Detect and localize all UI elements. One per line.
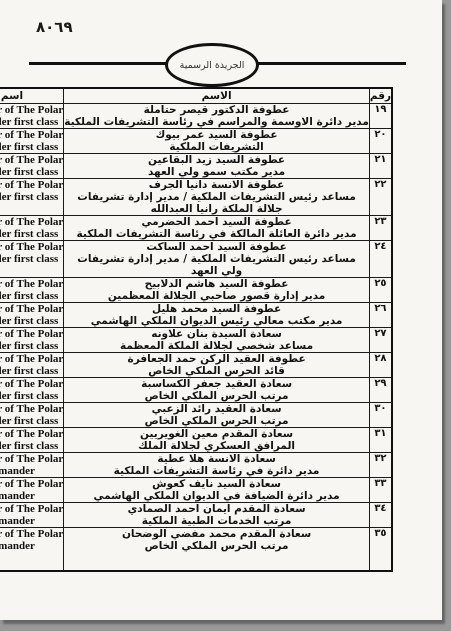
gazette-title-oval: الجريدة الرسمية bbox=[165, 43, 259, 87]
gazette-page: ٨٠٦٩ الجريدة الرسمية رقم الاسم اسم الوسا… bbox=[0, 0, 442, 620]
row-number: ٢٦ bbox=[369, 303, 392, 328]
medal-line: Star- Commander first class bbox=[0, 228, 63, 240]
name-line: سعادة العقيد جعفر الكساسبة bbox=[64, 378, 369, 390]
name-line: سعادة المقدم محمد مفضي الوضحان bbox=[64, 528, 369, 540]
medal-line: The Royal Ordar of The Polar bbox=[0, 528, 63, 540]
row-number: ٣٣ bbox=[369, 478, 392, 503]
name-line: مرتب الحرس الملكي الخاص bbox=[64, 415, 369, 427]
row-number: ٢٠ bbox=[369, 129, 392, 154]
row-name: عطوفة السيد احمد الساكتمساعد رئيس التشري… bbox=[64, 241, 370, 278]
name-line: عطوفة الانسة دانيا الجرف bbox=[64, 179, 369, 191]
name-line: سعادة السيد نايف كعوش bbox=[64, 478, 369, 490]
table-row: ٢٠ عطوفة السيد عمر بيوكالتشريفات الملكية… bbox=[0, 129, 392, 154]
name-line: عطوفة السيد عمر بيوك bbox=[64, 129, 369, 141]
name-line: مساعد شخصي لجلالة الملكة المعظمة bbox=[64, 340, 369, 352]
name-line: عطوفة السيد محمد هليل bbox=[64, 303, 369, 315]
name-line: مرتب الحرس الملكي الخاص bbox=[64, 390, 369, 402]
table-row: ٢١ عطوفة السيد زيد البقاعينمدير مكتب سمو… bbox=[0, 154, 392, 179]
row-medal: The Royal Ordar of The PolarStar- Comman… bbox=[0, 303, 64, 328]
row-number: ٢٥ bbox=[369, 278, 392, 303]
row-number: ٢٩ bbox=[369, 378, 392, 403]
row-name: سعادة الانسة هلا عطيةمدير دائرة في رئاسة… bbox=[64, 453, 370, 478]
medal-line: The Royal Ordar of The Polar bbox=[0, 403, 63, 415]
medal-line: Star- Commander first class bbox=[0, 166, 63, 178]
row-medal: The Royal Ordar of The PolarStar- Comman… bbox=[0, 129, 64, 154]
table-row: ٢٦ عطوفة السيد محمد هليلمدير مكتب معالي … bbox=[0, 303, 392, 328]
row-name: عطوفة السيد احمد الحضرميمدير دائرة العائ… bbox=[64, 216, 370, 241]
row-name: سعادة السيدة بنان علاونهمساعد شخصي لجلال… bbox=[64, 328, 370, 353]
name-line: عطوفة الدكتور قيصر حتاملة bbox=[64, 104, 369, 116]
row-number: ٢١ bbox=[369, 154, 392, 179]
table-row: ٢٨ عطوفة العقيد الركن حمد الجعافرةقائد ا… bbox=[0, 353, 392, 378]
row-number: ٢٧ bbox=[369, 328, 392, 353]
table-row: ٢٢ عطوفة الانسة دانيا الجرفمساعد رئيس ال… bbox=[0, 179, 392, 216]
row-number: ٣٢ bbox=[369, 453, 392, 478]
table-header: رقم الاسم اسم الوسام bbox=[0, 88, 392, 104]
name-line: مدير دائرة الاوسمة والمراسم في رئاسة الت… bbox=[64, 116, 369, 128]
row-number: ٣٥ bbox=[369, 528, 392, 572]
medal-line: The Royal Ordar of The Polar bbox=[0, 478, 63, 490]
table-row: ٣٢ سعادة الانسة هلا عطيةمدير دائرة في رئ… bbox=[0, 453, 392, 478]
name-line: عطوفة السيد احمد الساكت bbox=[64, 241, 369, 253]
name-line: سعادة الانسة هلا عطية bbox=[64, 453, 369, 465]
row-number: ٢٣ bbox=[369, 216, 392, 241]
name-line: مساعد رئيس التشريفات الملكية / مدير إدار… bbox=[64, 253, 369, 265]
medal-line: Star- Commander first class bbox=[0, 365, 63, 377]
medal-line: Star- Commander bbox=[0, 490, 63, 502]
header-number: رقم bbox=[369, 88, 392, 104]
medal-line: Star- Commander first class bbox=[0, 191, 63, 203]
medal-line: Star- Commander first class bbox=[0, 415, 63, 427]
row-medal: The Royal Ordar of The PolarStar- Comman… bbox=[0, 378, 64, 403]
name-line: عطوفة العقيد الركن حمد الجعافرة bbox=[64, 353, 369, 365]
row-number: ١٩ bbox=[369, 104, 392, 129]
row-number: ٣١ bbox=[369, 428, 392, 453]
medal-line: Star- Commander first class bbox=[0, 315, 63, 327]
name-line: سعادة المقدم معين الغويريين bbox=[64, 428, 369, 440]
row-name: عطوفة السيد عمر بيوكالتشريفات الملكية bbox=[64, 129, 370, 154]
row-name: عطوفة الدكتور قيصر حتاملةمدير دائرة الاو… bbox=[64, 104, 370, 129]
row-medal: The Royal Ordar of The PolarStar- Comman… bbox=[0, 528, 64, 572]
row-name: سعادة المقدم معين الغويريينالمرافق العسك… bbox=[64, 428, 370, 453]
medal-line: The Royal Ordar of The Polar bbox=[0, 154, 63, 166]
medal-line: Star- Commander bbox=[0, 515, 63, 527]
row-medal: The Royal Ordar of The PolarStar- Comman… bbox=[0, 353, 64, 378]
name-line: مدير مكتب معالي رئيس الديوان الملكي الها… bbox=[64, 315, 369, 327]
name-line: سعادة العقيد رائد الزعبي bbox=[64, 403, 369, 415]
medal-line: Star- Commander first class bbox=[0, 390, 63, 402]
row-number: ٢٤ bbox=[369, 241, 392, 278]
table-row: ٣١ سعادة المقدم معين الغويريينالمرافق ال… bbox=[0, 428, 392, 453]
medal-line: The Royal Ordar of The Polar bbox=[0, 104, 63, 116]
row-name: سعادة العقيد جعفر الكساسبةمرتب الحرس الم… bbox=[64, 378, 370, 403]
row-name: سعادة العقيد رائد الزعبيمرتب الحرس الملك… bbox=[64, 403, 370, 428]
row-medal: The Royal Ordar of The PolarStar- Comman… bbox=[0, 241, 64, 278]
medal-line: Star- Commander first class bbox=[0, 253, 63, 265]
row-medal: The Royal Ordar of The PolarStar- Comman… bbox=[0, 278, 64, 303]
row-medal: The Royal Ordar of The PolarStar- Comman… bbox=[0, 104, 64, 129]
row-number: ٢٨ bbox=[369, 353, 392, 378]
medal-line: The Royal Ordar of The Polar bbox=[0, 129, 63, 141]
row-medal: The Royal Ordar of The PolarStar- Comman… bbox=[0, 503, 64, 528]
row-number: ٣٤ bbox=[369, 503, 392, 528]
name-line: عطوفة السيد هاشم الدلابيح bbox=[64, 278, 369, 290]
table-row: ٣٠ سعادة العقيد رائد الزعبيمرتب الحرس ال… bbox=[0, 403, 392, 428]
name-line: قائد الحرس الملكي الخاص bbox=[64, 365, 369, 377]
row-name: عطوفة السيد زيد البقاعينمدير مكتب سمو ول… bbox=[64, 154, 370, 179]
name-line: سعادة المقدم ايمان احمد الصمادي bbox=[64, 503, 369, 515]
row-name: عطوفة السيد هاشم الدلابيحمدير إدارة قصور… bbox=[64, 278, 370, 303]
medal-line: Star- Commander first class bbox=[0, 340, 63, 352]
row-medal: The Royal Ordar of The PolarStar- Comman… bbox=[0, 328, 64, 353]
name-line: مدير إدارة قصور صاحبي الجلالة المعظمين bbox=[64, 290, 369, 302]
row-medal: The Royal Ordar of The PolarStar- Comman… bbox=[0, 478, 64, 503]
medal-line: Star- Commander first class bbox=[0, 290, 63, 302]
row-medal: The Royal Ordar of The PolarStar- Comman… bbox=[0, 428, 64, 453]
table-row: ٢٤ عطوفة السيد احمد الساكتمساعد رئيس الت… bbox=[0, 241, 392, 278]
row-medal: The Royal Ordar of The PolarStar- Comman… bbox=[0, 216, 64, 241]
row-name: عطوفة الانسة دانيا الجرفمساعد رئيس التشر… bbox=[64, 179, 370, 216]
medal-line: Star- Commander first class bbox=[0, 141, 63, 153]
medal-line: The Royal Ordar of The Polar bbox=[0, 328, 63, 340]
name-line: التشريفات الملكية bbox=[64, 141, 369, 153]
table-row: ٢٣ عطوفة السيد احمد الحضرميمدير دائرة ال… bbox=[0, 216, 392, 241]
table-row: ٢٧ سعادة السيدة بنان علاونهمساعد شخصي لج… bbox=[0, 328, 392, 353]
name-line: عطوفة السيد احمد الحضرمي bbox=[64, 216, 369, 228]
name-line: المرافق العسكري لجلالة الملك bbox=[64, 440, 369, 452]
name-line: مرتب الخدمات الطبية الملكية bbox=[64, 515, 369, 527]
medal-line: Star- Commander bbox=[0, 465, 63, 477]
medal-line: The Royal Ordar of The Polar bbox=[0, 216, 63, 228]
name-line: عطوفة السيد زيد البقاعين bbox=[64, 154, 369, 166]
row-name: سعادة المقدم محمد مفضي الوضحانمرتب الحرس… bbox=[64, 528, 370, 572]
medal-line: The Royal Ordar of The Polar bbox=[0, 453, 63, 465]
medal-line: The Royal Ordar of The Polar bbox=[0, 378, 63, 390]
medal-line: Star- Commander first class bbox=[0, 116, 63, 128]
table-row: ٢٥ عطوفة السيد هاشم الدلابيحمدير إدارة ق… bbox=[0, 278, 392, 303]
medal-line: The Royal Ordar of The Polar bbox=[0, 503, 63, 515]
row-medal: The Royal Ordar of The PolarStar- Comman… bbox=[0, 453, 64, 478]
row-number: ٣٠ bbox=[369, 403, 392, 428]
name-line: ولي العهد bbox=[64, 265, 369, 277]
table-header-row: رقم الاسم اسم الوسام bbox=[0, 88, 392, 104]
medal-line: The Royal Ordar of The Polar bbox=[0, 278, 63, 290]
row-medal: The Royal Ordar of The PolarStar- Comman… bbox=[0, 403, 64, 428]
table-row: ٣٤ سعادة المقدم ايمان احمد الصماديمرتب ا… bbox=[0, 503, 392, 528]
gazette-title: الجريدة الرسمية bbox=[180, 60, 245, 71]
table-row: ٣٥ سعادة المقدم محمد مفضي الوضحانمرتب ال… bbox=[0, 528, 392, 572]
row-medal: The Royal Ordar of The PolarStar- Comman… bbox=[0, 154, 64, 179]
name-line: مدير دائرة العائلة المالكة في رئاسة التش… bbox=[64, 228, 369, 240]
name-line: مدير دائرة في رئاسة التشريفات الملكية bbox=[64, 465, 369, 477]
row-name: عطوفة السيد محمد هليلمدير مكتب معالي رئي… bbox=[64, 303, 370, 328]
table-row: ٢٩ سعادة العقيد جعفر الكساسبةمرتب الحرس … bbox=[0, 378, 392, 403]
row-name: سعادة السيد نايف كعوشمدير دائرة الضيافة … bbox=[64, 478, 370, 503]
medal-line: Star- Commander bbox=[0, 540, 63, 552]
medal-line: Star- Commander first class bbox=[0, 440, 63, 452]
page-number: ٨٠٦٩ bbox=[36, 18, 73, 36]
name-line: جلالة الملكة رانيا العبدالله bbox=[64, 203, 369, 215]
row-name: عطوفة العقيد الركن حمد الجعافرةقائد الحر… bbox=[64, 353, 370, 378]
header-medal: اسم الوسام bbox=[0, 88, 64, 104]
row-name: سعادة المقدم ايمان احمد الصماديمرتب الخد… bbox=[64, 503, 370, 528]
table-row: ١٩ عطوفة الدكتور قيصر حتاملةمدير دائرة ا… bbox=[0, 104, 392, 129]
medal-line: The Royal Ordar of The Polar bbox=[0, 428, 63, 440]
header-name: الاسم bbox=[64, 88, 370, 104]
table-row: ٣٣ سعادة السيد نايف كعوشمدير دائرة الضيا… bbox=[0, 478, 392, 503]
medal-line: The Royal Ordar of The Polar bbox=[0, 303, 63, 315]
row-medal: The Royal Ordar of The PolarStar- Comman… bbox=[0, 179, 64, 216]
name-line: مدير دائرة الضيافة في الديوان الملكي اله… bbox=[64, 490, 369, 502]
name-line: مدير مكتب سمو ولي العهد bbox=[64, 166, 369, 178]
medal-line: The Royal Ordar of The Polar bbox=[0, 241, 63, 253]
medal-line: The Royal Ordar of The Polar bbox=[0, 179, 63, 191]
medal-line: The Royal Ordar of The Polar bbox=[0, 353, 63, 365]
name-line: سعادة السيدة بنان علاونه bbox=[64, 328, 369, 340]
name-line: مساعد رئيس التشريفات الملكية / مدير إدار… bbox=[64, 191, 369, 203]
table-body: ١٩ عطوفة الدكتور قيصر حتاملةمدير دائرة ا… bbox=[0, 104, 392, 572]
medals-table: رقم الاسم اسم الوسام ١٩ عطوفة الدكتور قي… bbox=[0, 87, 393, 572]
name-line: مرتب الحرس الملكي الخاص bbox=[64, 540, 369, 552]
row-number: ٢٢ bbox=[369, 179, 392, 216]
